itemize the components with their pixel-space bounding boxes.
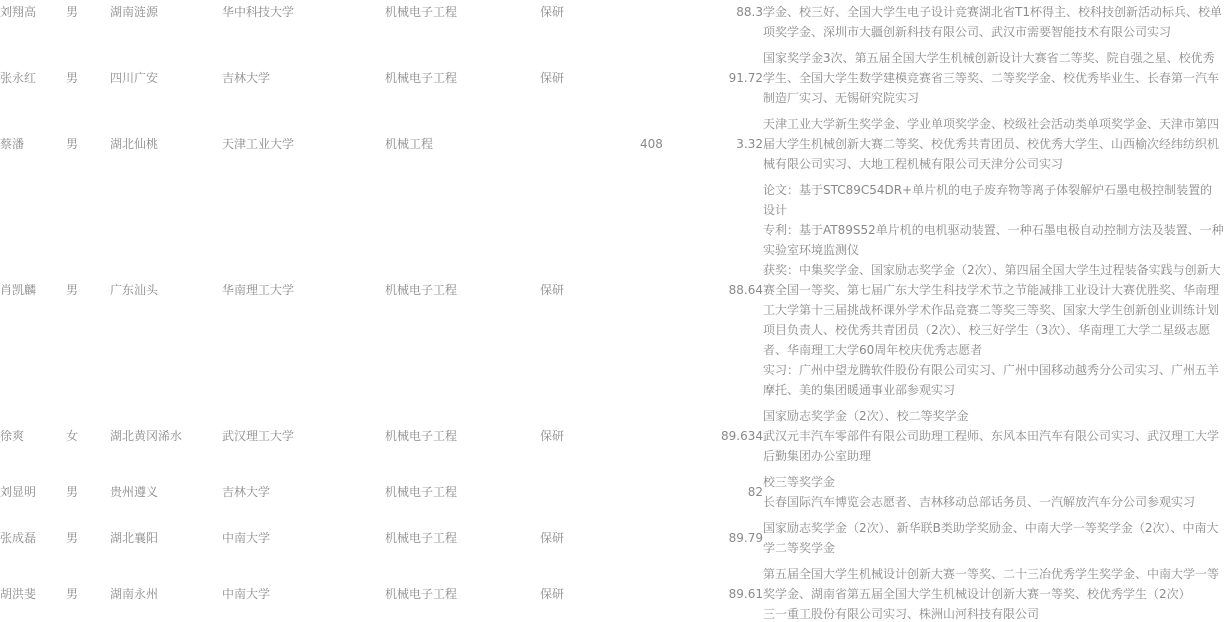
university-cell: 吉林大学 [222,68,385,88]
gender-cell: 男 [66,528,110,548]
awards-paragraph-internship: 实习：广州中望龙腾软件股份有限公司实习、广州中国移动越秀分公司实习、广州五羊摩托… [763,360,1224,400]
awards-cell: 天津工业大学新生奖学金、学业单项奖学金、校级社会活动类单项奖学金、天津市第四届大… [763,114,1224,174]
table-row: 胡洪斐 男 湖南永州 中南大学 机械电子工程 保研 89.61 第五届全国大学生… [0,564,1224,622]
major-cell: 机械电子工程 [385,68,540,88]
status-cell: 保研 [540,584,640,604]
status-cell: 保研 [540,528,640,548]
student-name: 张成磊 [0,528,66,548]
score-cell: 89.61 [700,584,763,604]
hometown-cell: 湖南永州 [110,584,222,604]
student-name: 刘翔高 [0,2,66,22]
student-name: 肖凯麟 [0,280,66,300]
score-cell: 89.79 [700,528,763,548]
student-name: 胡洪斐 [0,584,66,604]
awards-cell: 国家励志奖学金（2次）、新华联B类助学奖励金、中南大学一等奖学金（2次）、中南大… [763,518,1224,558]
major-cell: 机械电子工程 [385,584,540,604]
major-cell: 机械电子工程 [385,482,540,502]
student-name: 蔡潘 [0,134,66,154]
status-cell: 保研 [540,280,640,300]
awards-paragraph: 三一重工股份有限公司实习、株洲山河科技有限公司 [763,604,1224,622]
score-cell: 82 [700,482,763,502]
status-cell: 保研 [540,426,640,446]
gender-cell: 男 [66,584,110,604]
student-name: 徐爽 [0,426,66,446]
major-cell: 机械电子工程 [385,280,540,300]
awards-paragraph: 武汉元丰汽车零部件有限公司助理工程师、东风本田汽车有限公司实习、武汉理工大学后勤… [763,426,1224,466]
hometown-cell: 四川广安 [110,68,222,88]
gender-cell: 男 [66,2,110,22]
gender-cell: 男 [66,280,110,300]
university-cell: 华中科技大学 [222,2,385,22]
hometown-cell: 广东汕头 [110,280,222,300]
student-name: 刘显明 [0,482,66,502]
major-cell: 机械电子工程 [385,528,540,548]
table-row: 张成磊 男 湖北襄阳 中南大学 机械电子工程 保研 89.79 国家励志奖学金（… [0,518,1224,558]
gender-cell: 男 [66,134,110,154]
student-name: 张永红 [0,68,66,88]
awards-cell: 国家励志奖学金（2次）、校二等奖学金 武汉元丰汽车零部件有限公司助理工程师、东风… [763,406,1224,466]
awards-cell: 国家奖学金3次、第五届全国大学生机械创新设计大赛省二等奖、院自强之星、校优秀学生… [763,48,1224,108]
awards-paragraph-patent: 专利：基于AT89S52单片机的电机驱动装置、一种石墨电极自动控制方法及装置、一… [763,220,1224,260]
score-cell: 88.64 [700,280,763,300]
awards-paragraph-thesis: 论文：基于STC89C54DR+单片机的电子废弃物等离子体裂解炉石墨电极控制装置… [763,180,1224,220]
awards-paragraph: 长春国际汽车博览会志愿者、吉林移动总部话务员、一汽解放汽车分公司参观实习 [763,492,1224,512]
hometown-cell: 湖南涟源 [110,2,222,22]
hometown-cell: 贵州遵义 [110,482,222,502]
awards-paragraph-prizes: 获奖：中集奖学金、国家励志奖学金（2次）、第四届全国大学生过程装备实践与创新大赛… [763,260,1224,360]
gender-cell: 女 [66,426,110,446]
university-cell: 中南大学 [222,528,385,548]
awards-cell: 国家奖学金（2次）、校一等奖学金（2次）、校二等奖学金、校三好学生、校科技创新奖… [763,0,1224,42]
students-table: 刘翔高 男 湖南涟源 华中科技大学 机械电子工程 保研 88.3 国家奖学金（2… [0,0,1224,622]
status-cell: 保研 [540,2,640,22]
awards-paragraph: 第五届全国大学生机械设计创新大赛一等奖、二十三冶优秀学生奖学金、中南大学一等奖学… [763,564,1224,604]
table-row: 蔡潘 男 湖北仙桃 天津工业大学 机械工程 408 3.32 天津工业大学新生奖… [0,114,1224,174]
major-cell: 机械工程 [385,134,540,154]
hometown-cell: 湖北黄冈浠水 [110,426,222,446]
score-cell: 91.72 [700,68,763,88]
awards-paragraph: 校三等奖学金 [763,472,1224,492]
table-row: 肖凯麟 男 广东汕头 华南理工大学 机械电子工程 保研 88.64 论文：基于S… [0,180,1224,400]
awards-paragraph: 学金、校三好、全国大学生电子设计竞赛湖北省T1杯得主、校科技创新活动标兵、校单项… [763,2,1224,42]
extra-score-cell: 408 [640,134,700,154]
table-row: 徐爽 女 湖北黄冈浠水 武汉理工大学 机械电子工程 保研 89.634 国家励志… [0,406,1224,466]
awards-paragraph: 天津工业大学新生奖学金、学业单项奖学金、校级社会活动类单项奖学金、天津市第四届大… [763,114,1224,174]
university-cell: 华南理工大学 [222,280,385,300]
status-cell: 保研 [540,68,640,88]
gender-cell: 男 [66,482,110,502]
awards-cell: 校三等奖学金 长春国际汽车博览会志愿者、吉林移动总部话务员、一汽解放汽车分公司参… [763,472,1224,512]
university-cell: 武汉理工大学 [222,426,385,446]
university-cell: 天津工业大学 [222,134,385,154]
university-cell: 中南大学 [222,584,385,604]
awards-cell: 第五届全国大学生机械设计创新大赛一等奖、二十三冶优秀学生奖学金、中南大学一等奖学… [763,564,1224,622]
major-cell: 机械电子工程 [385,426,540,446]
score-cell: 3.32 [700,134,763,154]
score-cell: 89.634 [700,426,763,446]
table-row: 刘翔高 男 湖南涟源 华中科技大学 机械电子工程 保研 88.3 国家奖学金（2… [0,0,1224,42]
score-cell: 88.3 [700,2,763,22]
awards-paragraph: 国家励志奖学金（2次）、校二等奖学金 [763,406,1224,426]
awards-cell: 论文：基于STC89C54DR+单片机的电子废弃物等离子体裂解炉石墨电极控制装置… [763,180,1224,400]
table-row: 张永红 男 四川广安 吉林大学 机械电子工程 保研 91.72 国家奖学金3次、… [0,48,1224,108]
gender-cell: 男 [66,68,110,88]
table-row: 刘显明 男 贵州遵义 吉林大学 机械电子工程 82 校三等奖学金 长春国际汽车博… [0,472,1224,512]
awards-paragraph: 国家奖学金3次、第五届全国大学生机械创新设计大赛省二等奖、院自强之星、校优秀学生… [763,48,1224,108]
university-cell: 吉林大学 [222,482,385,502]
major-cell: 机械电子工程 [385,2,540,22]
awards-paragraph: 国家励志奖学金（2次）、新华联B类助学奖励金、中南大学一等奖学金（2次）、中南大… [763,518,1224,558]
hometown-cell: 湖北襄阳 [110,528,222,548]
hometown-cell: 湖北仙桃 [110,134,222,154]
